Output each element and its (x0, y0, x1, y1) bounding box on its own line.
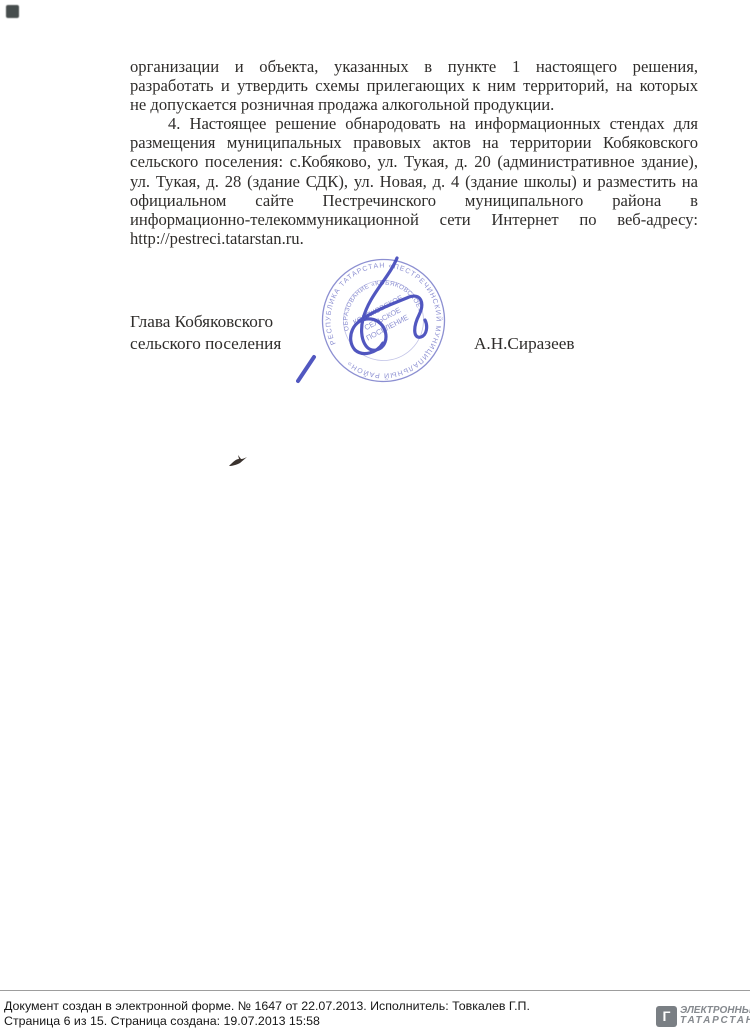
footer-meta-line2: Страница 6 из 15. Страница создана: 19.0… (4, 1014, 624, 1029)
signer-title: Глава Кобяковского сельского поселения (130, 311, 281, 355)
scan-artifact-mark (6, 5, 19, 18)
signer-title-line2: сельского поселения (130, 333, 281, 355)
signer-name: А.Н.Сиразеев (474, 333, 574, 355)
document-text-line: информационно-телекоммуникационной сети … (130, 210, 698, 229)
ink-mark (228, 452, 250, 470)
electronic-tatarstan-logo-icon: Г (656, 1006, 677, 1027)
footer-meta: Документ создан в электронной форме. № 1… (4, 999, 624, 1029)
document-text-line: официальном сайте Пестречинского муницип… (130, 191, 698, 210)
document-text-line: сельского поселения: с.Кобяково, ул. Тук… (130, 152, 698, 171)
signer-title-line1: Глава Кобяковского (130, 311, 281, 333)
logo-text-line2: ТАТАРСТАН (680, 1016, 750, 1027)
document-text-line: 4. Настоящее решение обнародовать на инф… (130, 114, 698, 133)
document-body: организации и объекта, указанных в пункт… (130, 57, 698, 248)
stamp-seal: РЕСПУБЛИКА ТАТАРСТАН «ПЕСТРЕЧИНСКИЙ МУНИ… (301, 245, 466, 403)
official-stamp: РЕСПУБЛИКА ТАТАРСТАН «ПЕСТРЕЧИНСКИЙ МУНИ… (292, 245, 476, 409)
document-text-line: ул. Тукая, д. 28 (здание СДК), ул. Новая… (130, 172, 698, 191)
footer-meta-line1: Документ создан в электронной форме. № 1… (4, 999, 624, 1014)
document-text-line: не допускается розничная продажа алкогол… (130, 95, 698, 114)
footer-divider (0, 990, 750, 991)
document-text-line: организации и объекта, указанных в пункт… (130, 57, 698, 76)
electronic-tatarstan-logo: Г ЭЛЕКТРОННЫЙ ТАТАРСТАН (656, 1003, 750, 1029)
document-text-line: размещения муниципальных правовых актов … (130, 133, 698, 152)
electronic-tatarstan-logo-text: ЭЛЕКТРОННЫЙ ТАТАРСТАН (680, 1006, 750, 1027)
document-text-line: разработать и утвердить схемы прилегающи… (130, 76, 698, 95)
